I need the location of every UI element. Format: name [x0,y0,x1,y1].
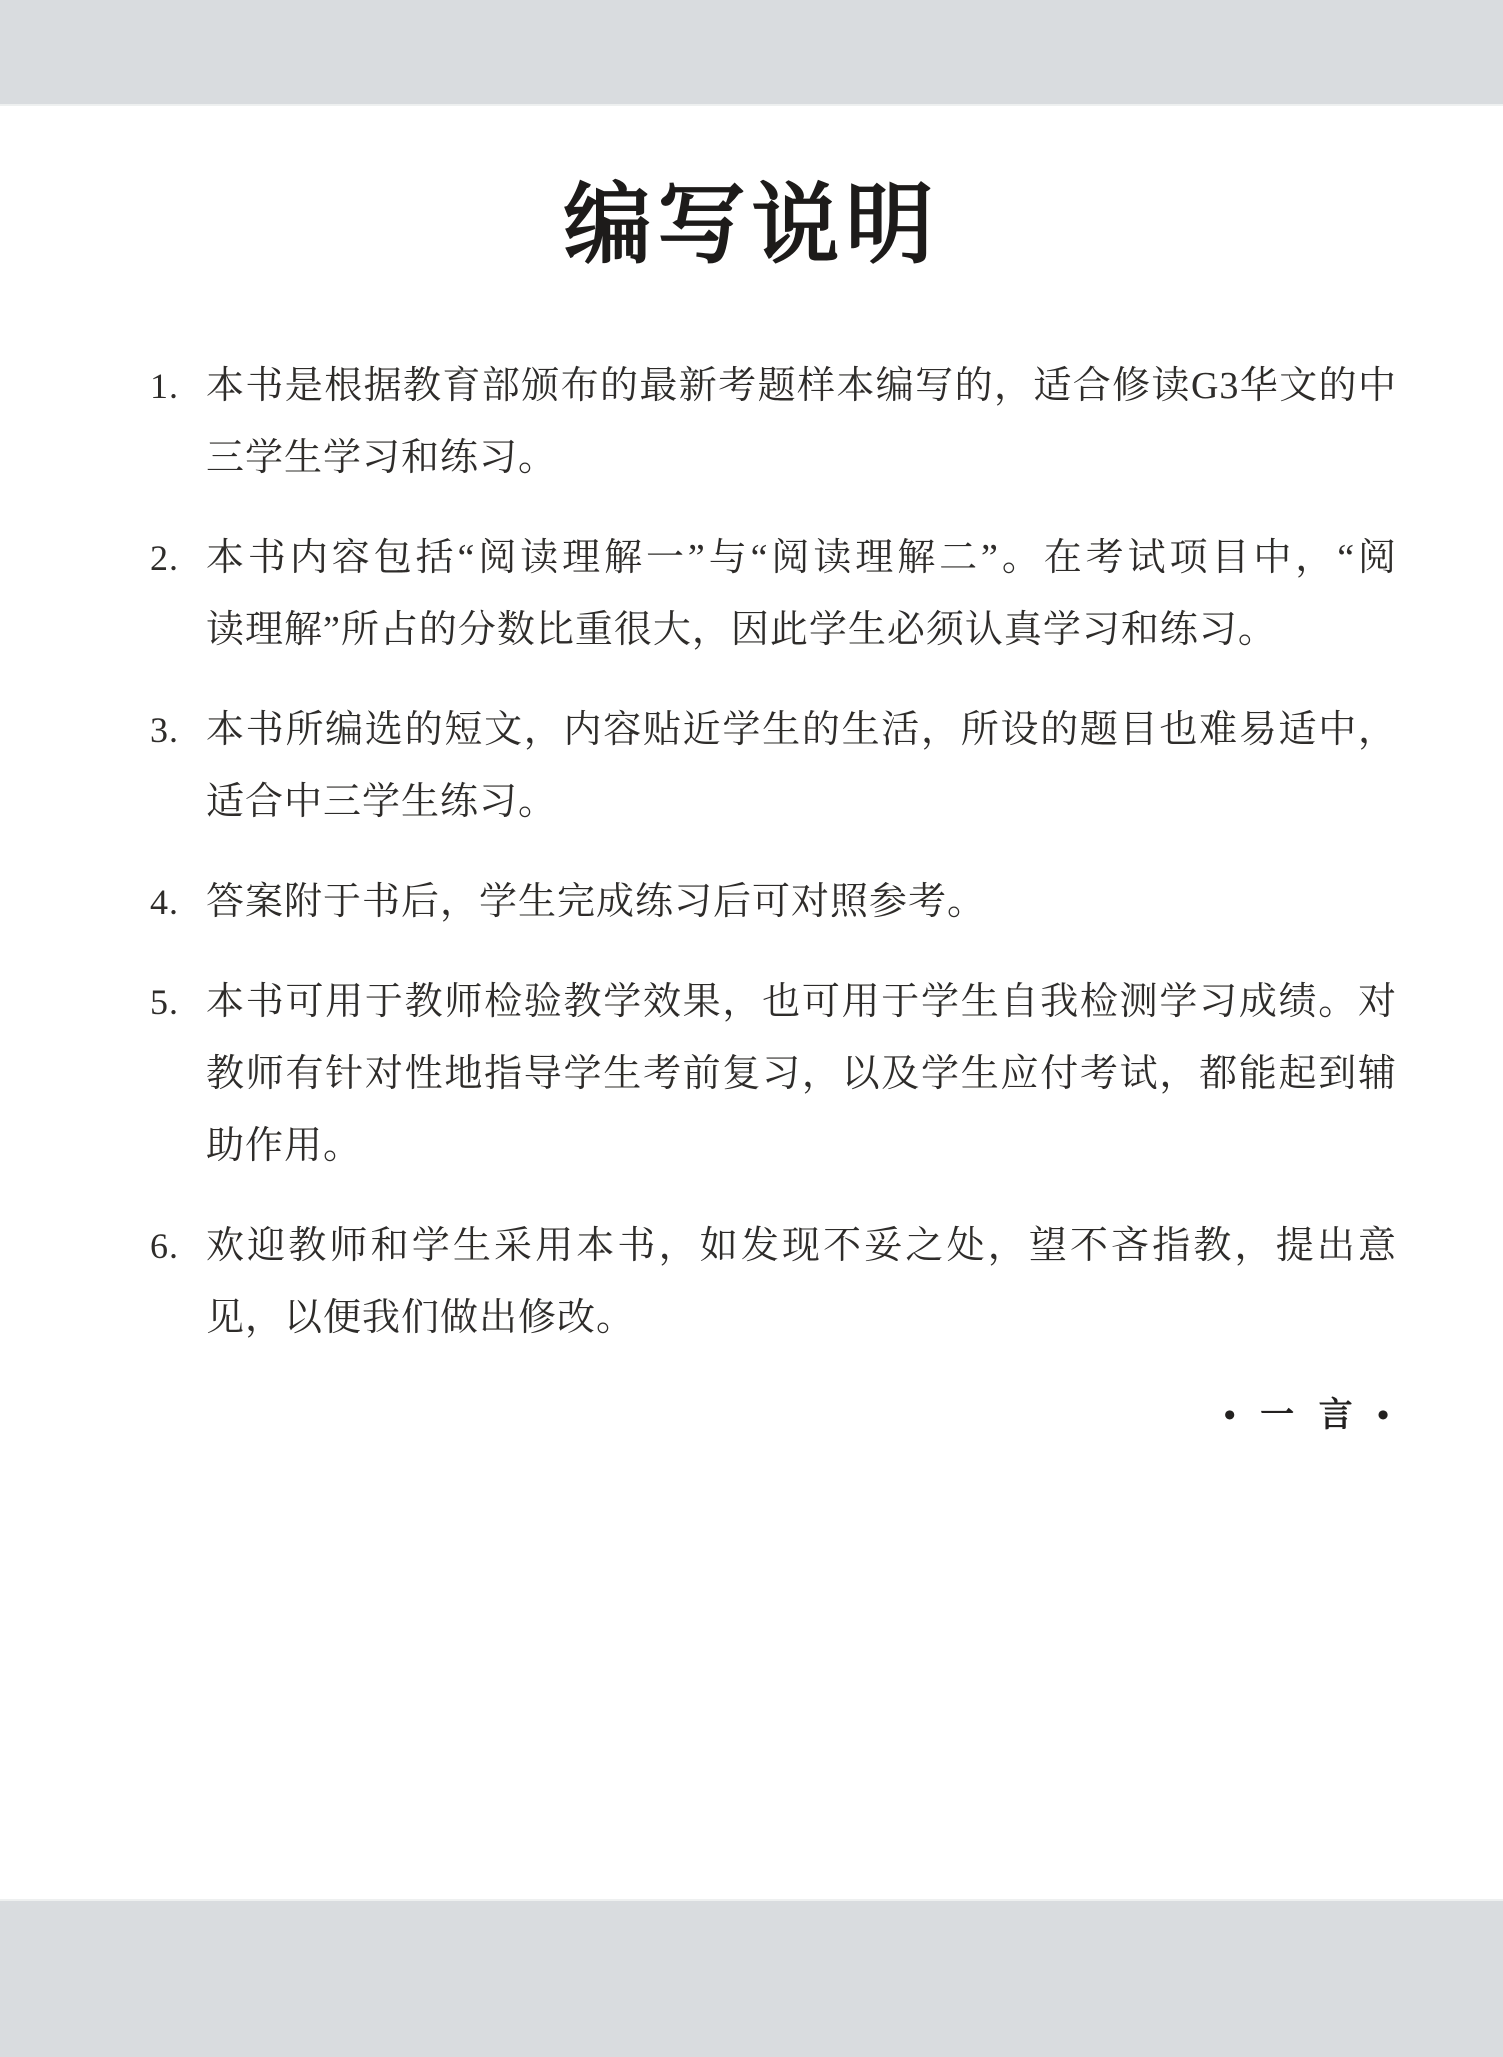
item-text-line: 教师有针对性地指导学生考前复习，以及学生应付考试，都能起到辅 [206,1038,1397,1110]
item-text-line: 本书是根据教育部颁布的最新考题样本编写的，适合修读G3华文的中 [206,350,1397,422]
list-item: 4.答案附于书后，学生完成练习后可对照参考。 [150,866,1397,938]
item-text-line: 三学生学习和练习。 [206,422,1397,494]
item-number: 4. [150,866,200,938]
item-text-line: 助作用。 [206,1110,1397,1182]
item-text-line: 答案附于书后，学生完成练习后可对照参考。 [206,866,1397,938]
document-page: 编写说明 1.本书是根据教育部颁布的最新考题样本编写的，适合修读G3华文的中三学… [0,106,1503,1899]
bottom-margin-band [0,1899,1503,2057]
item-text-line: 本书可用于教师检验教学效果，也可用于学生自我检测学习成绩。对 [206,966,1397,1038]
item-number: 1. [150,350,200,422]
item-number: 6. [150,1210,200,1282]
instruction-list: 1.本书是根据教育部颁布的最新考题样本编写的，适合修读G3华文的中三学生学习和练… [0,278,1503,1354]
item-text-line: 适合中三学生练习。 [206,766,1397,838]
page-title: 编写说明 [0,106,1503,278]
item-text-line: 欢迎教师和学生采用本书，如发现不妥之处，望不吝指教，提出意 [206,1210,1397,1282]
list-item: 6.欢迎教师和学生采用本书，如发现不妥之处，望不吝指教，提出意见，以便我们做出修… [150,1210,1397,1354]
list-item: 1.本书是根据教育部颁布的最新考题样本编写的，适合修读G3华文的中三学生学习和练… [150,350,1397,494]
item-text-line: 见，以便我们做出修改。 [206,1282,1397,1354]
list-item: 2.本书内容包括“阅读理解一”与“阅读理解二”。在考试项目中，“阅读理解”所占的… [150,522,1397,666]
item-text-line: 读理解”所占的分数比重很大，因此学生必须认真学习和练习。 [206,594,1397,666]
item-text-line: 本书所编选的短文，内容贴近学生的生活，所设的题目也难易适中， [206,694,1397,766]
item-number: 2. [150,522,200,594]
author-signature: • 一 言 • [0,1394,1503,1438]
item-text-line: 本书内容包括“阅读理解一”与“阅读理解二”。在考试项目中，“阅 [206,522,1397,594]
list-item: 3.本书所编选的短文，内容贴近学生的生活，所设的题目也难易适中，适合中三学生练习… [150,694,1397,838]
top-margin-band [0,0,1503,106]
item-number: 5. [150,966,200,1038]
list-item: 5.本书可用于教师检验教学效果，也可用于学生自我检测学习成绩。对教师有针对性地指… [150,966,1397,1182]
item-number: 3. [150,694,200,766]
screenshot-root: 编写说明 1.本书是根据教育部颁布的最新考题样本编写的，适合修读G3华文的中三学… [0,0,1503,2057]
